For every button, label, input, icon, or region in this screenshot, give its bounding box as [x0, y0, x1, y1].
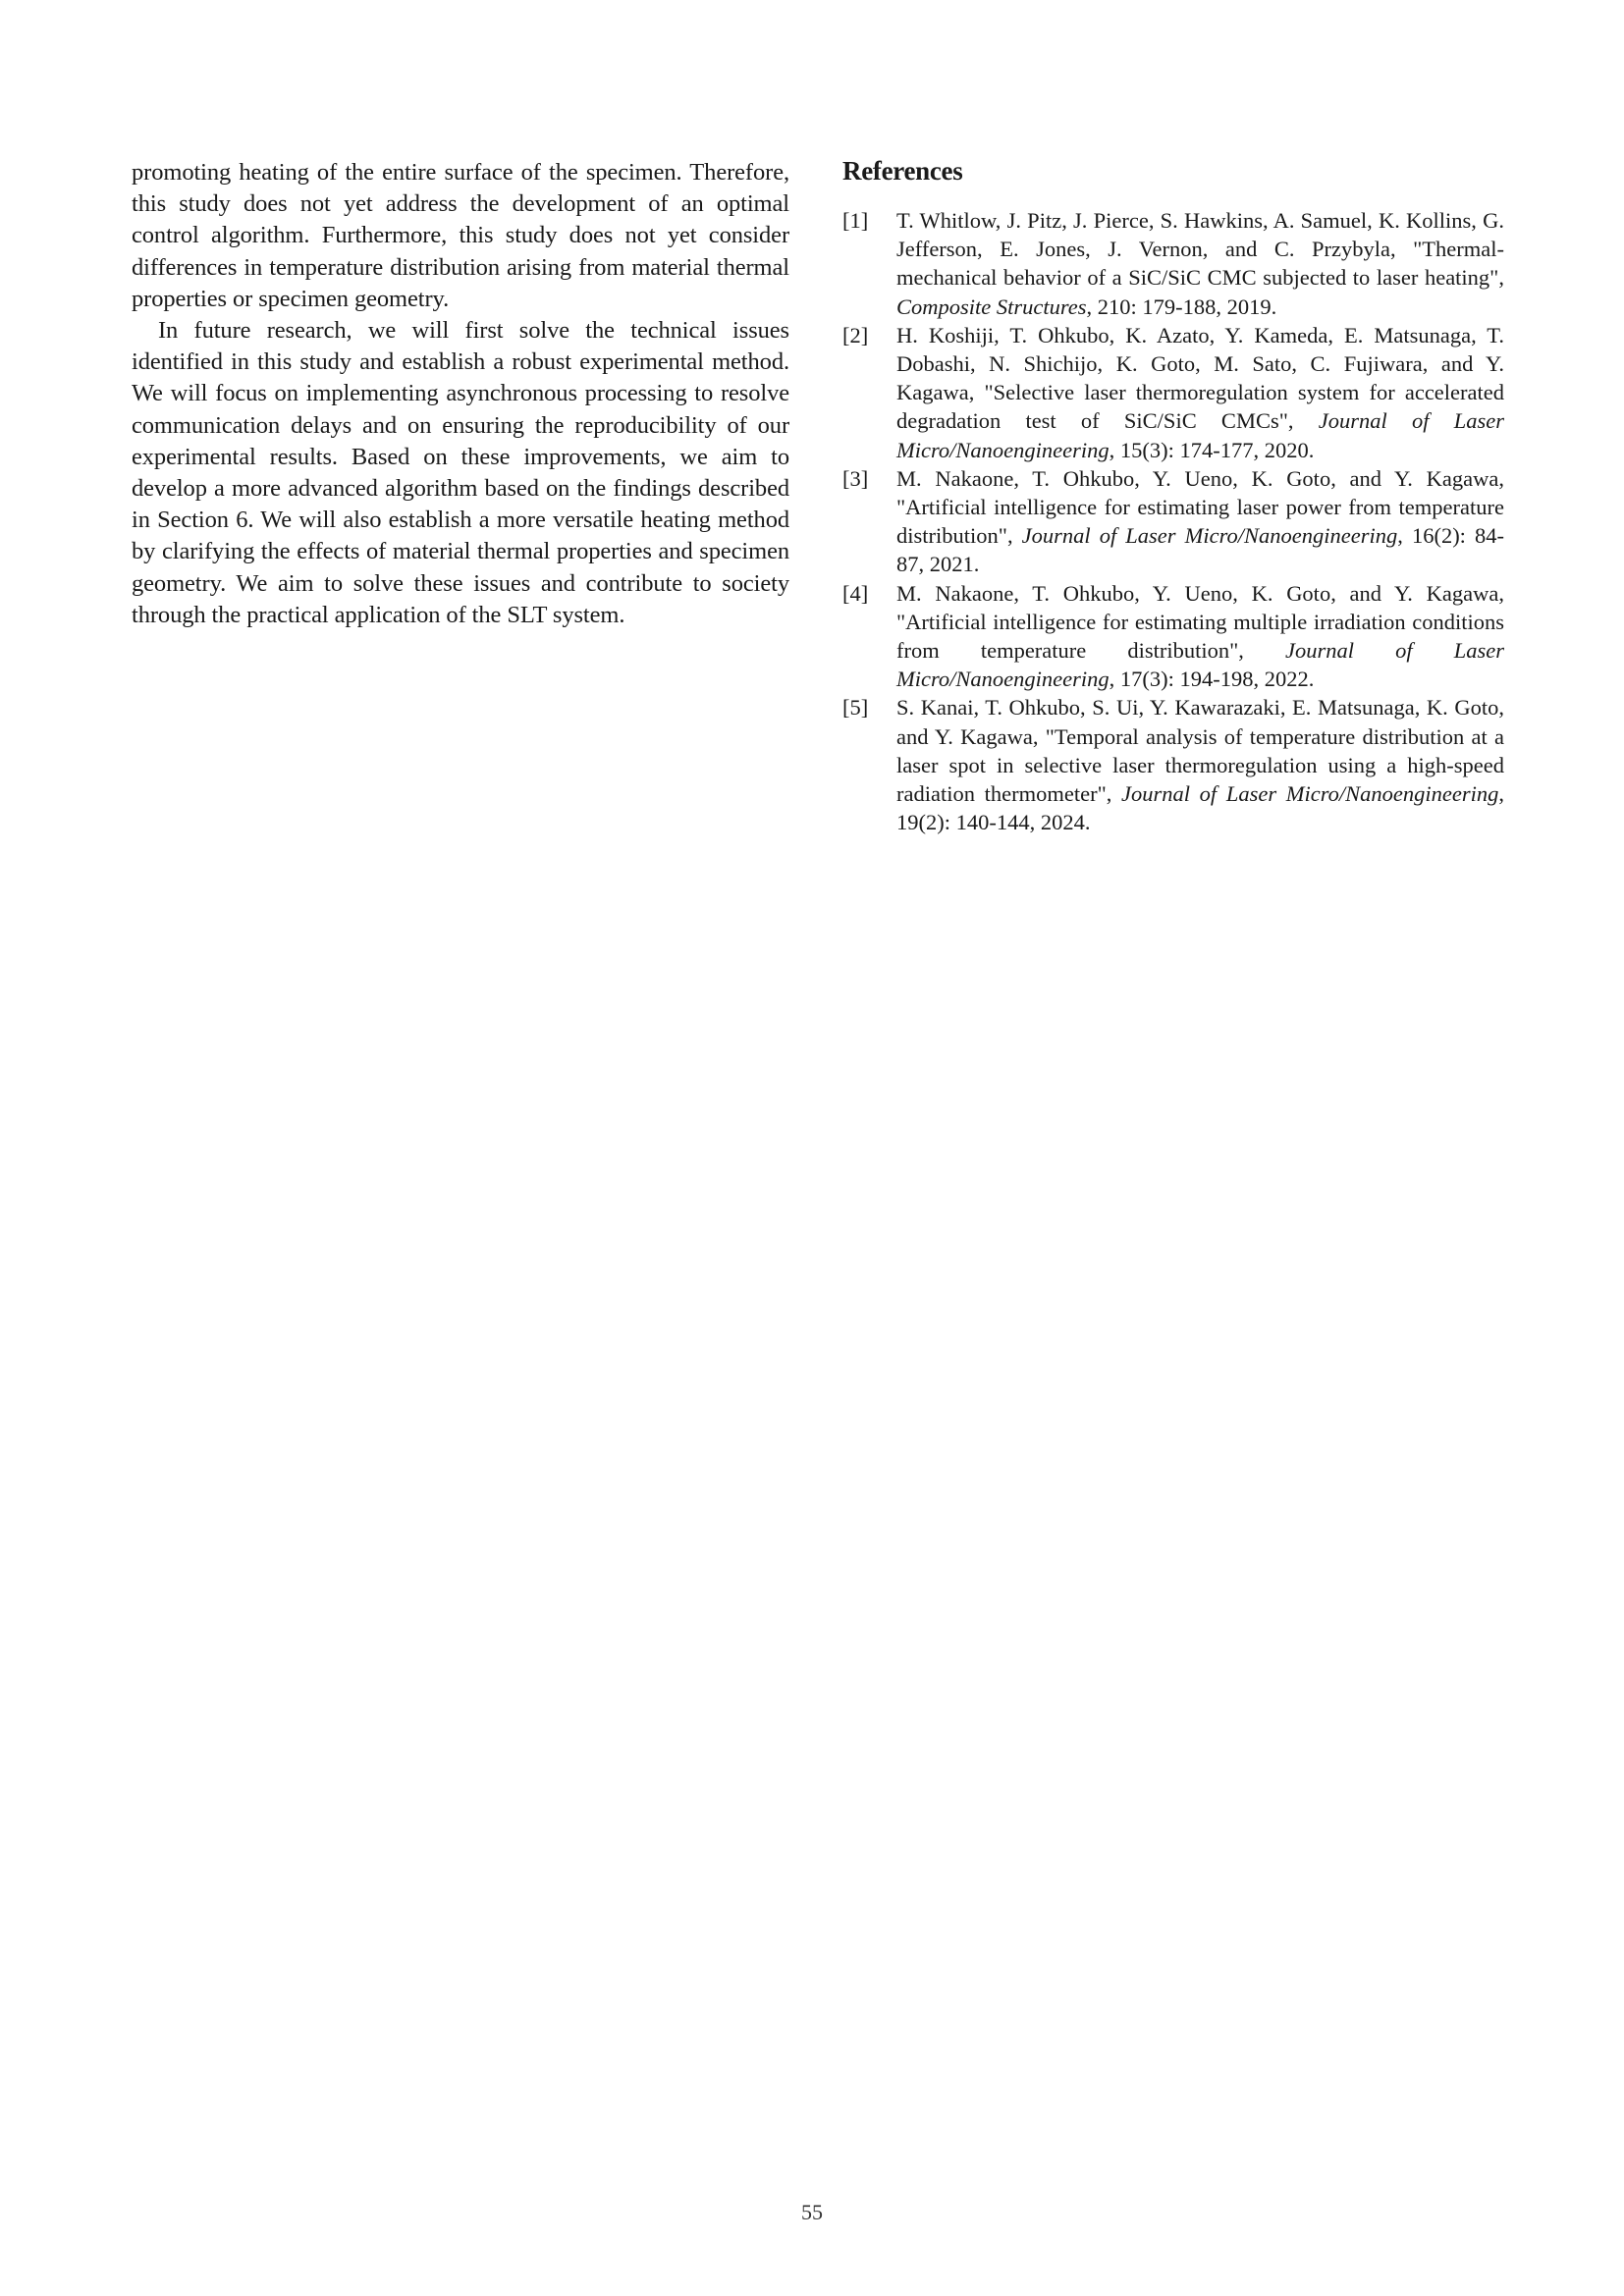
reference-item: [4] M. Nakaone, T. Ohkubo, Y. Ueno, K. G… [842, 579, 1504, 694]
reference-list: [1] T. Whitlow, J. Pitz, J. Pierce, S. H… [842, 206, 1504, 836]
reference-volume-year: , 210: 179-188, 2019. [1087, 294, 1277, 319]
references-section: References [1] T. Whitlow, J. Pitz, J. P… [842, 155, 1504, 836]
reference-authors-title: T. Whitlow, J. Pitz, J. Pierce, S. Hawki… [896, 208, 1504, 290]
reference-volume-year: , 15(3): 174-177, 2020. [1110, 438, 1315, 462]
paper-page: promoting heating of the entire surface … [0, 0, 1624, 2296]
body-paragraph-future-research: In future research, we will first solve … [132, 315, 789, 631]
reference-number: [1] [842, 206, 868, 235]
reference-item: [3] M. Nakaone, T. Ohkubo, Y. Ueno, K. G… [842, 464, 1504, 579]
reference-volume-year: , 17(3): 194-198, 2022. [1110, 667, 1315, 691]
reference-number: [4] [842, 579, 868, 608]
reference-journal: Composite Structures [896, 294, 1087, 319]
reference-number: [2] [842, 321, 868, 349]
reference-item: [1] T. Whitlow, J. Pitz, J. Pierce, S. H… [842, 206, 1504, 321]
reference-number: [5] [842, 693, 868, 721]
reference-journal: Journal of Laser Micro/Nanoengineering [1022, 523, 1398, 548]
references-heading: References [842, 155, 1504, 187]
reference-journal: Journal of Laser Micro/Nanoengineering [1121, 781, 1498, 806]
reference-number: [3] [842, 464, 868, 493]
reference-item: [2] H. Koshiji, T. Ohkubo, K. Azato, Y. … [842, 321, 1504, 464]
body-paragraph: promoting heating of the entire surface … [132, 157, 789, 315]
body-text-column: promoting heating of the entire surface … [132, 157, 789, 631]
reference-item: [5] S. Kanai, T. Ohkubo, S. Ui, Y. Kawar… [842, 693, 1504, 836]
page-number: 55 [0, 2200, 1624, 2225]
